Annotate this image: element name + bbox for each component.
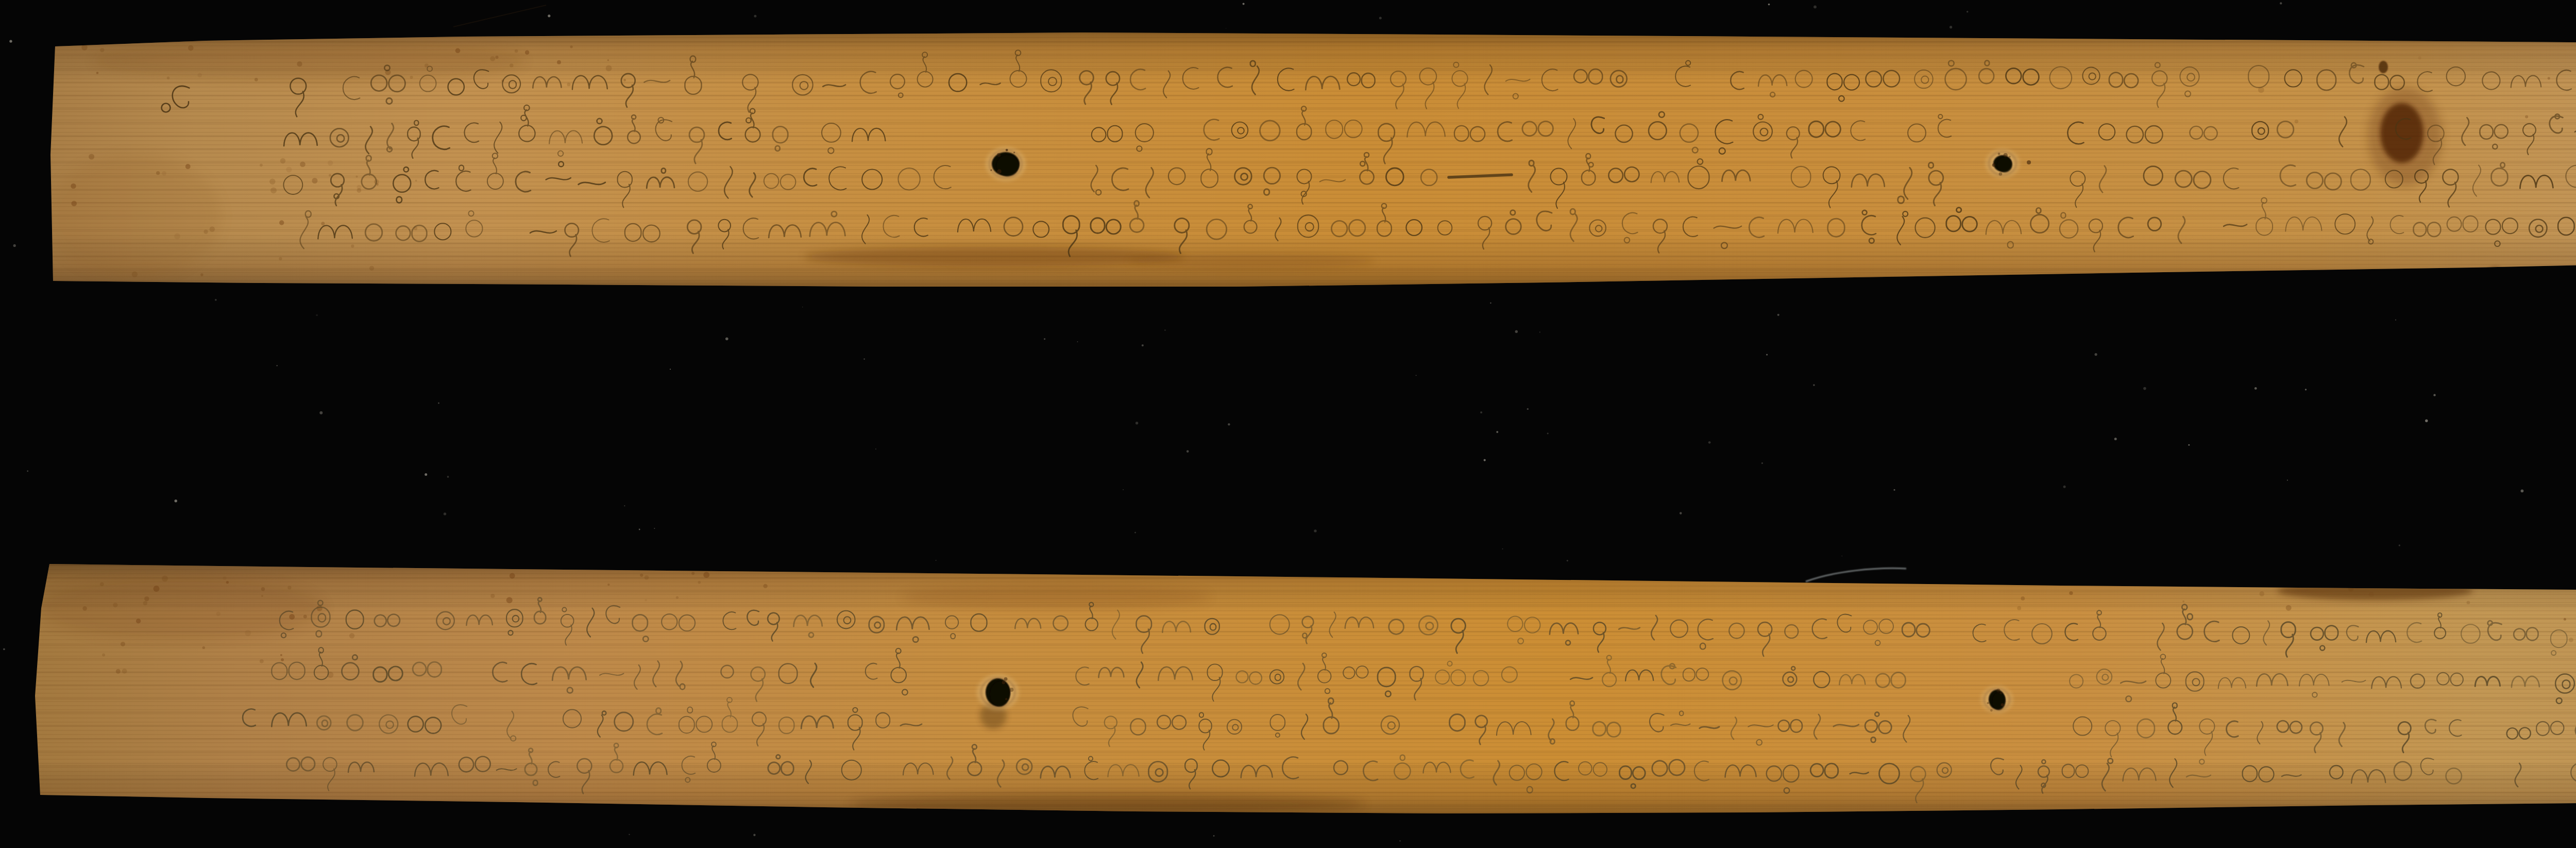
dust-speck xyxy=(802,307,803,308)
speckle xyxy=(255,78,258,81)
binding-hole-fleck xyxy=(2001,703,2004,706)
speckle xyxy=(303,615,307,619)
hole-side-dot xyxy=(2027,160,2031,164)
dust-speck xyxy=(629,834,630,835)
stain xyxy=(36,577,325,639)
dust-speck xyxy=(1484,459,1486,461)
dust-speck xyxy=(9,40,12,42)
dust-speck xyxy=(1502,548,1503,550)
speckle xyxy=(510,63,513,67)
speckle xyxy=(2369,592,2374,597)
binding-hole-fleck xyxy=(1004,677,1008,681)
speckle xyxy=(355,175,358,177)
speckle xyxy=(645,599,647,601)
palm-leaf-lower xyxy=(31,562,2576,817)
stain xyxy=(46,155,222,278)
speckle xyxy=(2564,618,2566,621)
binding-hole-fleck xyxy=(1998,153,2001,155)
binding-hole-fleck xyxy=(1006,149,1008,152)
binding-hole-fleck xyxy=(1005,698,1008,701)
dust-speck xyxy=(1134,531,1136,533)
speckle xyxy=(525,51,529,55)
dust-speck xyxy=(2188,444,2190,446)
dust-speck xyxy=(1768,4,1770,6)
speckle xyxy=(261,595,263,597)
binding-hole xyxy=(977,675,1019,710)
speckle xyxy=(261,587,265,591)
speckle xyxy=(557,60,561,64)
dust-speck xyxy=(438,403,439,404)
stain xyxy=(1128,254,1376,268)
binding-hole-fleck xyxy=(1992,163,1995,167)
speckle xyxy=(645,575,649,580)
speckle xyxy=(223,576,227,580)
binding-hole-fleck xyxy=(997,169,1002,174)
speckle xyxy=(71,201,77,207)
speckle xyxy=(281,658,284,661)
dust-speck xyxy=(1213,835,1215,837)
speckle xyxy=(2467,601,2470,605)
dust-speck xyxy=(1187,450,1189,453)
speckle xyxy=(279,220,284,225)
speckle xyxy=(280,654,282,656)
leaf-inner xyxy=(31,562,2576,817)
dust-speck xyxy=(654,528,655,529)
dust-speck xyxy=(2095,353,2097,356)
speckle xyxy=(204,230,208,234)
speckle xyxy=(510,573,515,579)
speckle xyxy=(280,158,285,163)
dust-speck xyxy=(1567,560,1568,561)
dust-speck xyxy=(670,369,671,370)
binding-hole-fleck xyxy=(2004,153,2008,157)
dust-speck xyxy=(1967,11,1969,13)
speckle xyxy=(297,61,302,66)
dust-speck xyxy=(1416,375,1417,376)
binding-hole-fleck xyxy=(1013,152,1015,153)
speckle xyxy=(202,646,205,649)
speckle xyxy=(226,581,229,584)
speckle xyxy=(369,266,374,271)
stain xyxy=(804,247,1185,267)
speckle xyxy=(154,586,160,592)
speckle xyxy=(455,48,461,54)
dust-speck xyxy=(1044,338,1045,340)
dust-speck xyxy=(1680,512,1682,514)
dust-speck xyxy=(319,411,323,414)
dust-speck xyxy=(1399,840,1401,842)
speckle xyxy=(300,161,306,167)
speckle xyxy=(703,572,709,578)
speckle xyxy=(162,576,168,582)
speckle xyxy=(2418,56,2421,59)
dust-speck xyxy=(425,473,427,476)
speckle xyxy=(2548,77,2550,79)
dust-speck xyxy=(1894,489,1895,491)
dust-speck xyxy=(1314,529,1316,532)
dust-speck xyxy=(1841,556,1842,557)
binding-hole-fleck xyxy=(1996,689,2001,693)
dust-speck xyxy=(2280,2,2282,4)
speckle xyxy=(410,76,413,79)
dust-speck xyxy=(875,448,876,450)
dust-speck xyxy=(1480,411,1482,413)
speckle xyxy=(245,630,251,636)
speckle xyxy=(415,180,417,182)
dust-speck xyxy=(1761,462,1763,464)
dust-speck xyxy=(2114,438,2117,440)
dust-speck xyxy=(2433,394,2435,396)
speckle xyxy=(349,633,354,638)
dust-speck xyxy=(1496,431,1498,433)
dust-speck xyxy=(1814,6,1817,9)
dust-speck xyxy=(1777,314,1780,316)
speckle xyxy=(279,257,282,260)
speckle xyxy=(289,614,295,620)
speckle xyxy=(200,273,203,276)
binding-hole xyxy=(986,147,1025,181)
dust-speck xyxy=(1539,331,1540,332)
dust-speck xyxy=(215,299,217,301)
speckle xyxy=(2182,601,2184,603)
dust-speck xyxy=(2255,387,2257,390)
speckle xyxy=(198,73,202,77)
binding-hole-fleck xyxy=(1999,172,2003,176)
speckle xyxy=(269,179,275,185)
speckle xyxy=(210,226,215,231)
speckle xyxy=(270,187,277,193)
speckle xyxy=(607,59,609,61)
dust-speck xyxy=(13,244,16,247)
speckle xyxy=(156,171,160,175)
dust-speck xyxy=(1708,441,1711,444)
dust-speck xyxy=(175,500,177,502)
binding-hole-fleck xyxy=(997,153,1001,157)
dust-speck xyxy=(725,337,728,340)
speckle xyxy=(113,603,117,607)
dust-speck xyxy=(2143,387,2146,390)
dust-speck xyxy=(316,314,318,316)
speckle xyxy=(321,222,325,225)
speckle xyxy=(2017,606,2021,610)
dust-speck xyxy=(639,529,640,530)
speckle xyxy=(122,669,127,674)
dust-speck xyxy=(1950,26,1952,28)
speckle xyxy=(570,45,573,48)
binding-hole-fleck xyxy=(1002,681,1006,685)
speckle xyxy=(100,583,104,587)
speckle xyxy=(567,83,571,87)
binding-hole xyxy=(1981,687,2012,713)
speckle xyxy=(2569,638,2573,642)
dust-speck xyxy=(2521,489,2524,492)
speckle xyxy=(167,77,170,79)
dust-speck xyxy=(1077,341,1078,342)
speckle xyxy=(116,669,121,674)
dust-speck xyxy=(1123,489,1124,490)
dust-speck xyxy=(2395,320,2396,321)
dust-speck xyxy=(2399,544,2400,546)
speckle xyxy=(286,167,292,172)
binding-hole-fleck xyxy=(1987,702,1989,704)
speckle xyxy=(515,49,518,53)
speckle xyxy=(260,163,263,167)
dust-speck xyxy=(1226,28,1227,29)
speckle xyxy=(2295,120,2298,123)
speckle xyxy=(96,72,98,74)
binding-hole xyxy=(1986,149,2019,177)
speckle xyxy=(89,154,94,160)
speckle xyxy=(162,171,166,176)
dust-speck xyxy=(936,560,937,561)
dust-speck xyxy=(1490,302,1492,304)
speckle xyxy=(351,244,354,247)
speckle xyxy=(100,48,104,52)
dust-speck xyxy=(1813,384,1815,386)
dust-speck xyxy=(3,648,5,650)
speckle xyxy=(506,597,513,603)
dust-speck xyxy=(1228,423,1230,425)
dust-speck xyxy=(1527,408,1529,410)
leaf-edge-shading xyxy=(31,562,2576,817)
dust-speck xyxy=(548,14,550,17)
dust-speck xyxy=(624,505,625,506)
binding-hole-fleck xyxy=(990,169,992,171)
speckle xyxy=(640,574,643,577)
speckle xyxy=(260,659,264,663)
speckle xyxy=(328,160,333,165)
dust-speck xyxy=(447,476,449,478)
dust-speck xyxy=(1547,433,1549,434)
dust-speck xyxy=(444,512,446,515)
binding-hole-fleck xyxy=(1990,709,1993,712)
dust-speck xyxy=(1243,3,1245,5)
speckle xyxy=(287,586,291,589)
speckle xyxy=(71,184,76,189)
binding-hole-fleck xyxy=(1010,688,1014,692)
speckle xyxy=(490,594,495,598)
dust-speck xyxy=(2305,389,2307,390)
speckle xyxy=(623,79,626,81)
speckle xyxy=(132,272,138,277)
stain xyxy=(2379,61,2388,73)
speckle xyxy=(174,234,180,240)
speckle xyxy=(691,572,694,575)
speckle xyxy=(216,612,221,616)
binding-hole-fleck xyxy=(996,678,997,680)
dust-speck xyxy=(1142,344,1144,346)
speckle xyxy=(2286,605,2292,611)
speckle xyxy=(357,185,362,190)
leaf-inner xyxy=(46,30,2576,290)
dust-speck xyxy=(27,470,28,472)
dust-speck xyxy=(1164,329,1165,330)
speckle xyxy=(607,584,609,586)
speckle xyxy=(2525,115,2528,119)
speckle xyxy=(698,581,701,584)
dust-speck xyxy=(1515,330,1518,333)
dust-speck xyxy=(2425,420,2428,422)
speckle xyxy=(312,178,317,184)
speckle xyxy=(143,601,147,605)
dust-speck xyxy=(1766,354,1768,355)
speckle xyxy=(2069,591,2073,595)
speckle xyxy=(2021,596,2025,601)
dust-speck xyxy=(1379,17,1382,20)
binding-hole-fleck xyxy=(2009,156,2011,158)
dust-speck xyxy=(1136,422,1138,424)
speckle xyxy=(490,56,495,61)
speckle xyxy=(763,584,767,588)
dust-speck xyxy=(2287,479,2288,480)
speckle xyxy=(144,596,149,601)
palm-leaf-upper xyxy=(46,30,2576,290)
binding-hole-fleck xyxy=(1999,692,2002,694)
speckle xyxy=(329,174,331,177)
stain xyxy=(902,585,1211,609)
speckle xyxy=(188,45,194,51)
dust-speck xyxy=(863,358,865,360)
speckle xyxy=(136,619,141,623)
speckle xyxy=(185,164,191,169)
stain xyxy=(2380,103,2424,163)
speckle xyxy=(606,65,612,71)
speckle xyxy=(2259,591,2264,596)
dust-speck xyxy=(754,15,756,18)
speckle xyxy=(676,596,679,598)
speckle xyxy=(82,606,87,611)
dust-speck xyxy=(277,365,278,366)
dust-speck xyxy=(753,834,755,836)
manuscript-photograph xyxy=(0,0,2576,848)
speckle xyxy=(495,56,498,59)
dust-speck xyxy=(2063,486,2066,488)
speckle xyxy=(102,654,105,657)
speckle xyxy=(121,642,125,646)
stain xyxy=(93,39,526,82)
